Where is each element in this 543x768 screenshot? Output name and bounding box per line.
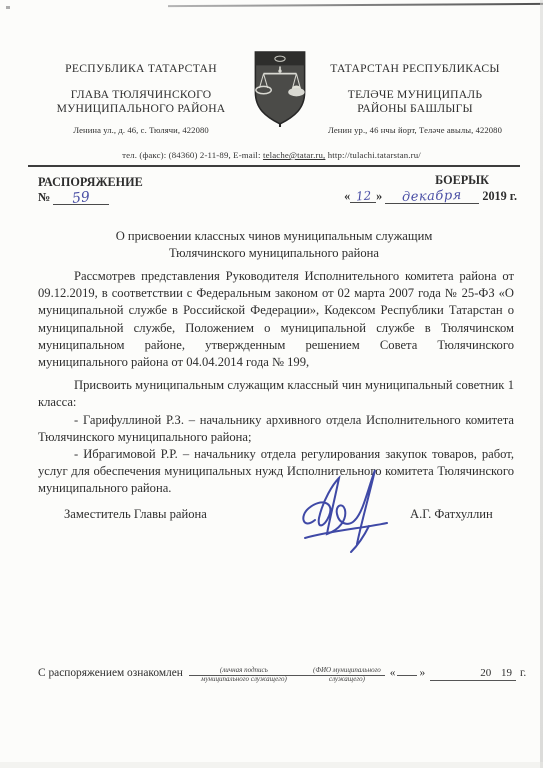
org-name-ru-line1: ГЛАВА ТЮЛЯЧИНСКОГО — [34, 88, 248, 102]
quote-close: » — [376, 189, 382, 203]
order-item-1: - Гарифуллиной Р.З. – начальнику архивно… — [38, 412, 514, 446]
date-year: 2019 г. — [482, 189, 517, 203]
date-day-blank — [397, 662, 417, 676]
caption-full-name: (ФИО муниципального служащего) — [301, 666, 393, 683]
date-year-line: 20 19 — [430, 667, 516, 681]
date-day-line: 12 — [350, 188, 376, 203]
org-name-tat-line1: ТЕЛӘЧЕ МУНИЦИПАЛЬ — [310, 88, 520, 102]
scanned-document-page: РЕСПУБЛИКА ТАТАРСТАН ГЛАВА ТЮЛЯЧИНСКОГО … — [0, 0, 543, 768]
year-suffix: г. — [520, 667, 526, 679]
caption-personal-signature: (личная подпись муниципального служащего… — [201, 666, 287, 683]
org-name-ru-line2: МУНИЦИПАЛЬНОГО РАЙОНА — [34, 102, 248, 116]
signer-position: Заместитель Главы района — [64, 507, 207, 522]
contact-line: тел. (факс): (84360) 2-11-89, E-mail: te… — [0, 150, 543, 160]
contact-phone: тел. (факс): (84360) 2-11-89, E-mail: — [122, 150, 263, 160]
doc-type-ru: РАСПОРЯЖЕНИЕ — [38, 175, 143, 190]
contact-email: telache@tatar.ru, — [263, 150, 325, 160]
year-prefix: 20 19 — [480, 667, 516, 679]
acknowledgement-row: С распоряжением ознакомлен(личная подпис… — [38, 662, 520, 681]
acknowledgement-label: С распоряжением ознакомлен — [38, 667, 183, 679]
scales-coat-of-arms-icon — [251, 49, 309, 127]
handwritten-signature-icon — [293, 468, 397, 560]
doc-meta-right: БОЕРЫК «12» декабря 2019 г. — [277, 172, 517, 204]
signer-name: А.Г. Фатхуллин — [410, 507, 493, 522]
doc-date-row: «12» декабря 2019 г. — [277, 188, 517, 204]
handwritten-day: 12 — [355, 187, 371, 204]
handwritten-doc-number: 59 — [72, 190, 92, 207]
preamble-paragraph: Рассмотрев представления Руководителя Ис… — [38, 268, 514, 371]
letterhead-tatar: ТАТАРСТАН РЕСПУБЛИКАСЫ ТЕЛӘЧЕ МУНИЦИПАЛЬ… — [310, 62, 520, 135]
doc-number-row: № 59 — [38, 190, 143, 205]
org-address-ru: Ленина ул., д. 46, с. Тюлячи, 422080 — [34, 125, 248, 135]
scan-edge-artifact — [168, 3, 543, 7]
document-title-line2: Тюлячинского муниципального района — [56, 245, 492, 262]
scan-edge-artifact — [0, 762, 543, 768]
doc-meta-left: РАСПОРЯЖЕНИЕ № 59 — [38, 175, 143, 205]
contact-website: http://tulachi.tatarstan.ru/ — [325, 150, 420, 160]
date-month-line: декабря — [385, 188, 479, 204]
document-title-line1: О присвоении классных чинов муниципальны… — [56, 228, 492, 245]
order-paragraph: Присвоить муниципальным служащим классны… — [38, 377, 514, 411]
republic-name-tat: ТАТАРСТАН РЕСПУБЛИКАСЫ — [310, 62, 520, 75]
document-body: Рассмотрев представления Руководителя Ис… — [38, 268, 514, 498]
header-divider — [28, 165, 520, 167]
document-title: О присвоении классных чинов муниципальны… — [56, 228, 492, 262]
order-item-2: - Ибрагимовой Р.Р. – начальнику отдела р… — [38, 446, 514, 498]
scan-speck — [6, 6, 10, 9]
doc-type-tat: БОЕРЫК — [277, 172, 517, 188]
handwritten-month: декабря — [402, 188, 462, 206]
doc-number-line: 59 — [53, 190, 109, 205]
acknowledgement-sign-line: (личная подпись муниципального служащего… — [189, 662, 385, 676]
org-name-tat-line2: РАЙОНЫ БАШЛЫГЫ — [310, 102, 520, 116]
quote-close: » — [419, 667, 425, 679]
republic-name-ru: РЕСПУБЛИКА ТАТАРСТАН — [34, 62, 248, 75]
letterhead-russian: РЕСПУБЛИКА ТАТАРСТАН ГЛАВА ТЮЛЯЧИНСКОГО … — [34, 62, 248, 135]
doc-number-label: № — [38, 190, 50, 204]
org-address-tat: Ленин ур., 46 нчы йорт, Теләче авылы, 42… — [310, 125, 520, 135]
